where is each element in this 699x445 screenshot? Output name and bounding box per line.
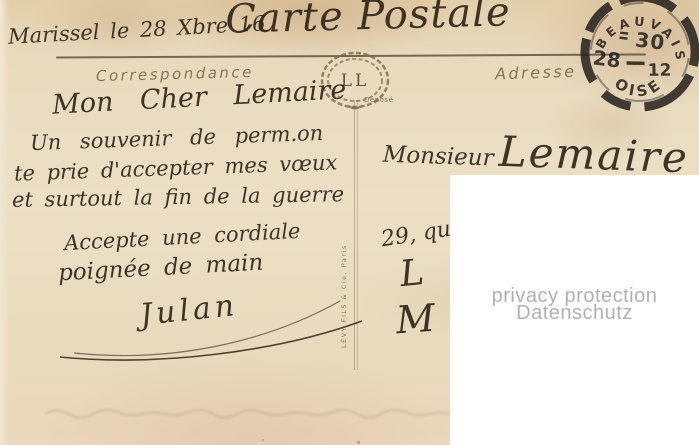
postmark-time: 30 [634, 27, 667, 54]
message-line: poignée de main [58, 252, 264, 286]
address-fragment: 29, qu [380, 219, 453, 252]
privacy-overlay-line2: Datenschutz [450, 305, 699, 321]
ghost-impression [40, 398, 470, 424]
message-line: Accepte une cordiale [64, 221, 301, 254]
address-recipient: Monsieur Lemaire [382, 127, 689, 180]
message-line: te prie d'accepter mes vœux [14, 152, 338, 184]
paper-speck [262, 439, 264, 441]
signature-flourish [40, 295, 370, 370]
address-fragment: M [395, 299, 436, 340]
address-name: Lemaire [498, 127, 690, 183]
message-line: et surtout la fin de la guerre [12, 184, 344, 211]
postcard-back: Carte Postale Marissel le 28 Xbre 16 Cor… [0, 0, 699, 445]
privacy-overlay: privacy protection Datenschutz [450, 175, 699, 445]
depose-label: Déposé [364, 96, 393, 104]
postmark-stamp: BEAUVAIS 30 28 12 OISE [576, 0, 699, 118]
address-title: Monsieur [382, 142, 494, 172]
paper-speck [357, 441, 360, 444]
postmark-day: 28 [592, 45, 623, 72]
address-fragment: L [398, 255, 426, 293]
message-line: Un souvenir de perm.on [30, 123, 324, 154]
adresse-label: Adresse [495, 64, 577, 83]
